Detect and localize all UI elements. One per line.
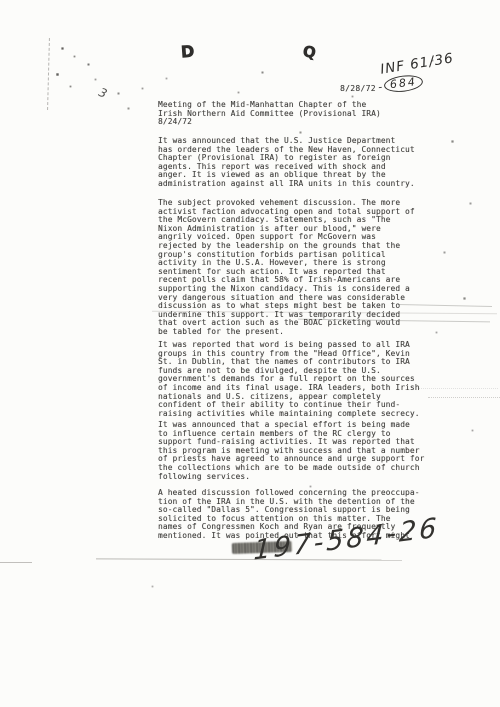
document-paragraph: It was announced that the U.S. Justice D… <box>158 137 415 189</box>
scan-artifact-line <box>0 562 32 563</box>
scanned-document-page: D Q 3 INF 61/36 - 684 8/28/72 Meeting of… <box>0 0 500 707</box>
typed-date: 8/28/72 <box>340 84 376 93</box>
scan-artifact-line <box>418 388 498 389</box>
paper-speckles <box>0 0 1 1</box>
document-paragraph: It was announced that a special effort i… <box>158 421 424 481</box>
handwritten-mark-d: D <box>180 42 195 62</box>
handwritten-squiggle: 3 <box>96 85 109 101</box>
circled-number: 684 <box>383 73 424 94</box>
document-paragraph: It was reported that word is being passe… <box>158 341 420 418</box>
left-margin-fold-line <box>47 38 50 110</box>
scan-artifact-line <box>96 558 402 560</box>
scan-artifact-line <box>428 397 500 398</box>
document-title: Meeting of the Mid-Manhattan Chapter of … <box>158 101 381 127</box>
handwritten-mark-q: Q <box>302 42 317 62</box>
file-reference-dash: - <box>377 80 383 93</box>
document-paragraph: The subject provoked vehement discussion… <box>158 199 415 337</box>
